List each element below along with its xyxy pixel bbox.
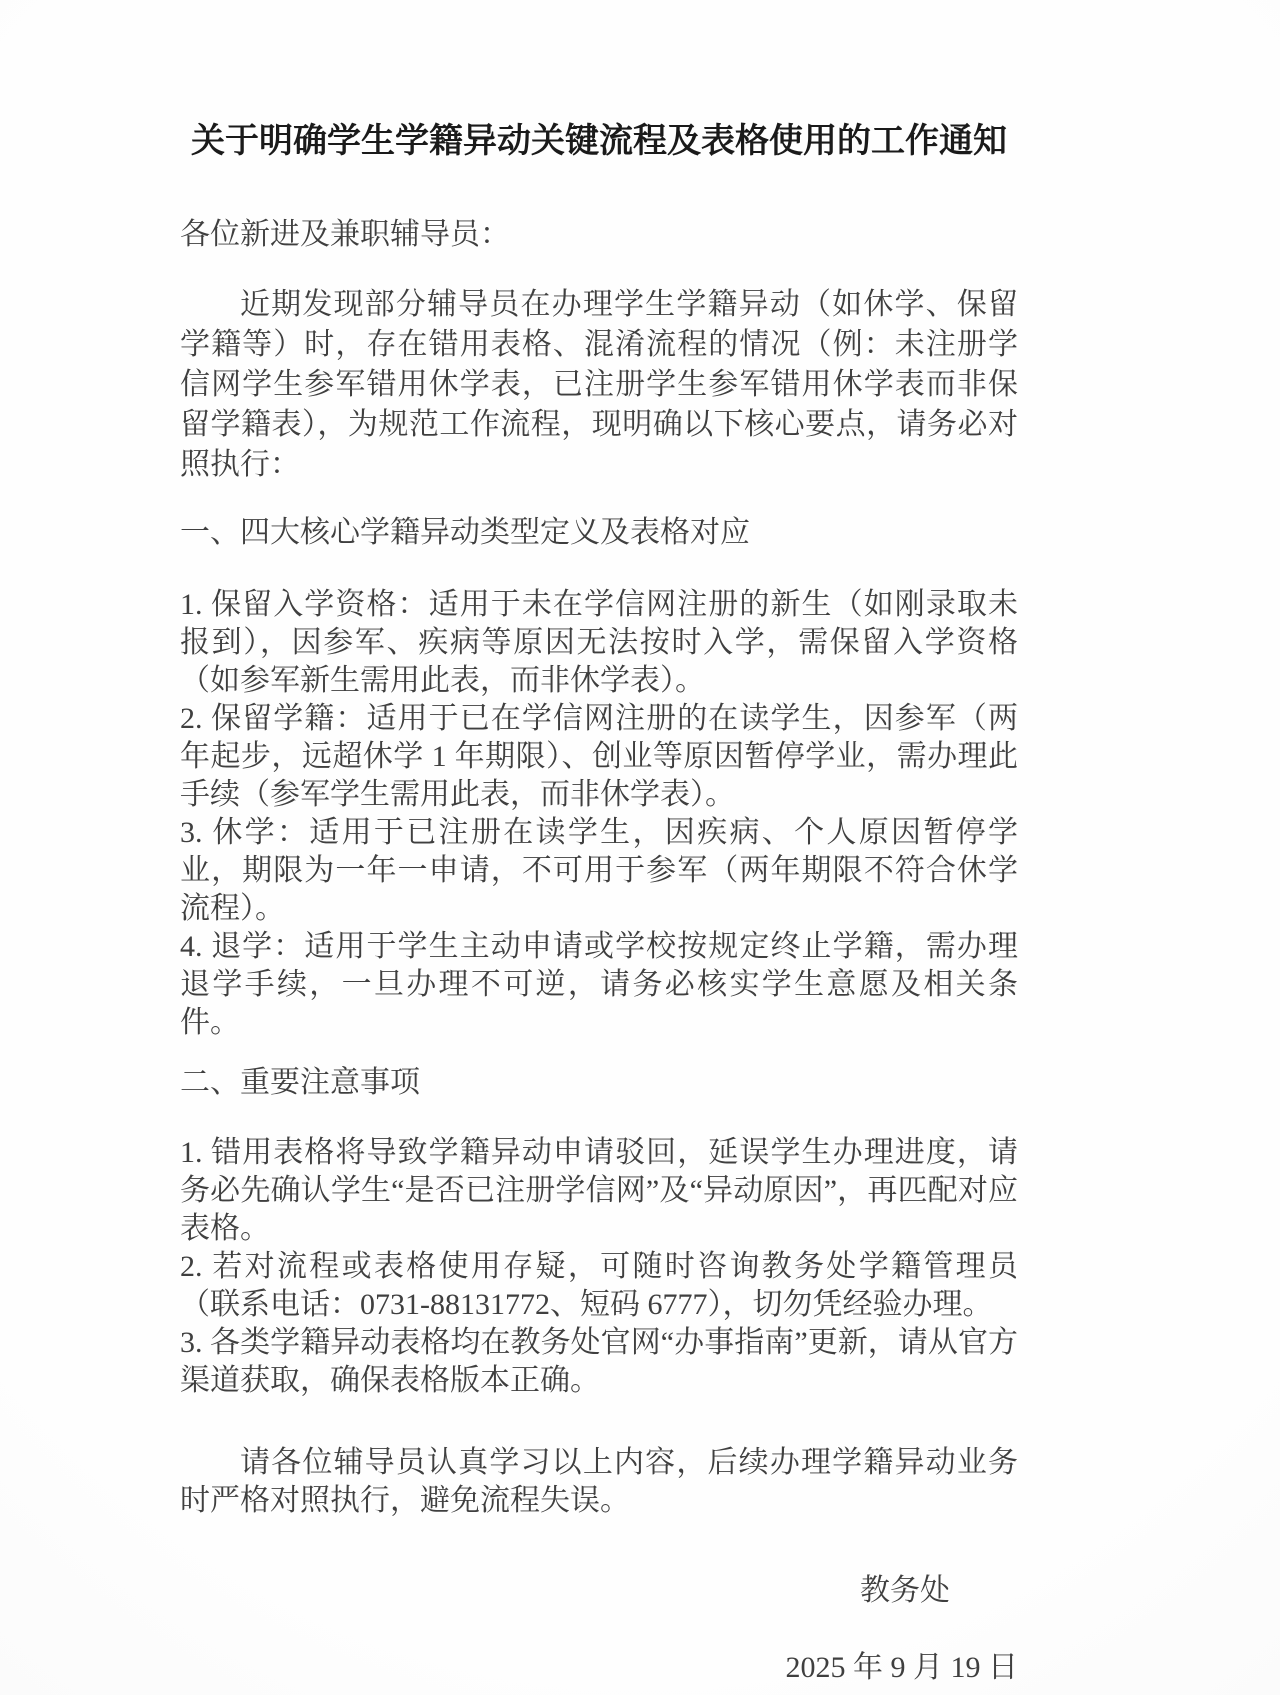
section-2-items: 1. 错用表格将导致学籍异动申请驳回，延误学生办理进度，请务必先确认学生“是否已… bbox=[180, 1134, 1018, 1400]
section-1-items: 1. 保留入学资格：适用于未在学信网注册的新生（如刚录取未报到），因参军、疾病等… bbox=[180, 586, 1018, 1042]
notice-title: 关于明确学生学籍异动关键流程及表格使用的工作通知 bbox=[180, 118, 1018, 164]
section-1-heading: 一、四大核心学籍异动类型定义及表格对应 bbox=[180, 513, 1018, 553]
signature-department: 教务处 bbox=[180, 1572, 1018, 1610]
notice-item-1-3: 3. 休学：适用于已注册在读学生，因疾病、个人原因暂停学业，期限为一年一申请，不… bbox=[180, 814, 1018, 928]
notice-item-2-2: 2. 若对流程或表格使用存疑，可随时咨询教务处学籍管理员（联系电话：0731-8… bbox=[180, 1248, 1018, 1324]
closing-paragraph: 请各位辅导员认真学习以上内容，后续办理学籍异动业务时严格对照执行，避免流程失误。 bbox=[180, 1444, 1018, 1520]
intro-paragraph: 近期发现部分辅导员在办理学生学籍异动（如休学、保留学籍等）时，存在错用表格、混淆… bbox=[180, 285, 1018, 485]
section-2-heading: 二、重要注意事项 bbox=[180, 1063, 1018, 1103]
notice-item-2-3: 3. 各类学籍异动表格均在教务处官网“办事指南”更新，请从官方渠道获取，确保表格… bbox=[180, 1324, 1018, 1400]
notice-item-1-2: 2. 保留学籍：适用于已在学信网注册的在读学生，因参军（两年起步，远超休学 1 … bbox=[180, 700, 1018, 814]
salutation: 各位新进及兼职辅导员： bbox=[180, 215, 1018, 255]
notice-page: 关于明确学生学籍异动关键流程及表格使用的工作通知 各位新进及兼职辅导员： 近期发… bbox=[0, 0, 1280, 1695]
signature-date: 2025 年 9 月 19 日 bbox=[180, 1649, 1018, 1687]
notice-item-1-1: 1. 保留入学资格：适用于未在学信网注册的新生（如刚录取未报到），因参军、疾病等… bbox=[180, 586, 1018, 700]
notice-item-1-4: 4. 退学：适用于学生主动申请或学校按规定终止学籍，需办理退学手续，一旦办理不可… bbox=[180, 928, 1018, 1042]
notice-item-2-1: 1. 错用表格将导致学籍异动申请驳回，延误学生办理进度，请务必先确认学生“是否已… bbox=[180, 1134, 1018, 1248]
